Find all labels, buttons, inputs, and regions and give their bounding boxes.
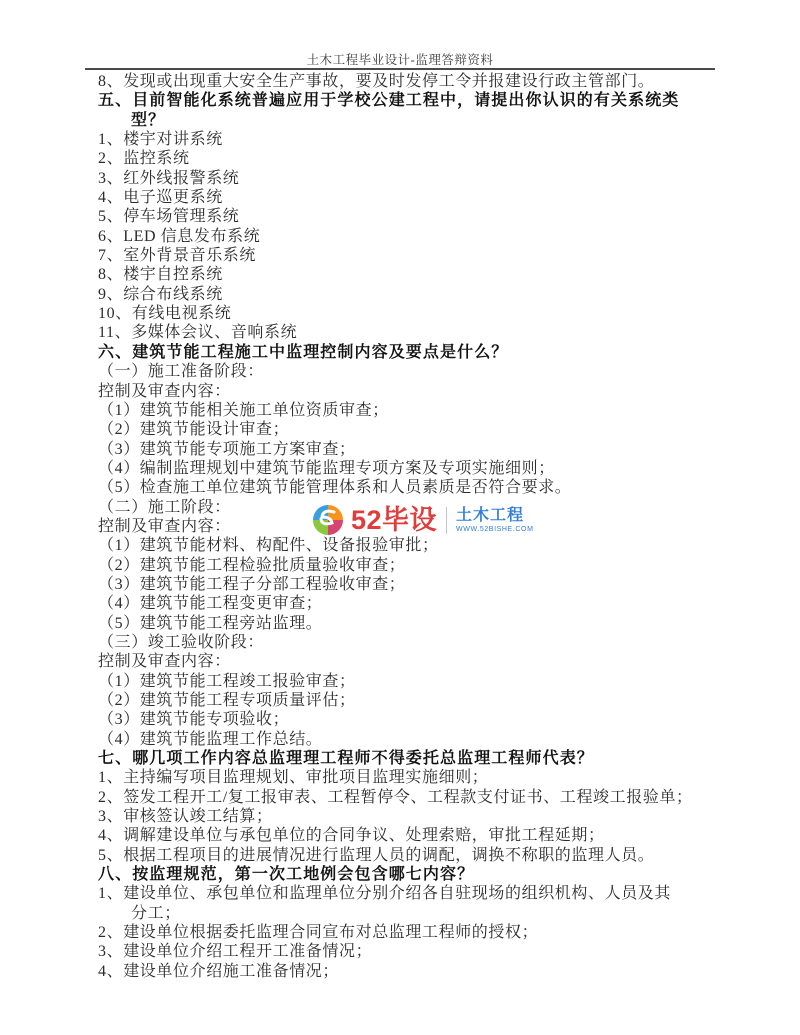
text-line: 3、审核签认竣工结算； [98, 807, 718, 826]
text-line: 型？ [98, 111, 718, 130]
text-line: 7、室外背景音乐系统 [98, 246, 718, 265]
text-line: 4、电子巡更系统 [98, 188, 718, 207]
text-line: （2）建筑节能设计审查； [98, 420, 718, 439]
text-line: （2）建筑节能工程专项质量评估； [98, 691, 718, 710]
text-line: 七、哪几项工作内容总监理理工程师不得委托总监理工程师代表？ [98, 749, 718, 768]
text-line: （1）建筑节能工程竣工报验审查； [98, 672, 718, 691]
text-line: 1、主持编写项目监理规划、审批项目监理实施细则； [98, 768, 718, 787]
watermark-divider [446, 507, 447, 534]
header-title: 土木工程毕业设计-监理答辩资料 [307, 53, 494, 67]
watermark-site-name: 土木工程 [456, 508, 533, 524]
text-line: 4、建设单位介绍施工准备情况； [98, 962, 718, 981]
text-line: 8、楼宇自控系统 [98, 265, 718, 284]
text-line: 4、调解建设单位与承包单位的合同争议、处理索赔，审批工程延期； [98, 826, 718, 845]
text-line: 分工； [98, 904, 718, 923]
text-line: 控制及审查内容： [98, 382, 718, 401]
text-line: （3）建筑节能专项施工方案审查； [98, 440, 718, 459]
text-line: 2、签发工程开工/复工报审表、工程暂停令、工程款支付证书、工程竣工报验单； [98, 788, 718, 807]
text-line: （2）建筑节能工程检验批质量验收审查； [98, 556, 718, 575]
text-line: 六、建筑节能工程施工中监理控制内容及要点是什么？ [98, 343, 718, 362]
text-line: 6、LED 信息发布系统 [98, 227, 718, 246]
text-line: （一）施工准备阶段： [98, 362, 718, 381]
document-page: 土木工程毕业设计-监理答辩资料 8、发现或出现重大安全生产事故，要及时发停工令并… [0, 0, 800, 1035]
page-header: 土木工程毕业设计-监理答辩资料 [0, 50, 800, 68]
text-line: 8、发现或出现重大安全生产事故，要及时发停工令并报建设行政主管部门。 [98, 72, 718, 91]
52bishe-watermark: 52毕设 土木工程 WWW.52BISHE.COM [310, 499, 534, 541]
text-line: 五、目前智能化系统普遍应用于学校公建工程中，请提出你认识的有关系统类 [98, 91, 718, 110]
text-line: （1）建筑节能相关施工单位资质审查； [98, 401, 718, 420]
text-line: 3、红外线报警系统 [98, 169, 718, 188]
text-line: 2、监控系统 [98, 149, 718, 168]
text-line: 1、楼宇对讲系统 [98, 130, 718, 149]
text-line: 八、按监理规范，第一次工地例会包含哪七内容？ [98, 865, 718, 884]
text-line: （4）建筑节能监理工作总结。 [98, 730, 718, 749]
text-line: 11、多媒体会议、音响系统 [98, 323, 718, 342]
watermark-site-block: 土木工程 WWW.52BISHE.COM [456, 508, 533, 533]
text-line: 控制及审查内容： [98, 652, 718, 671]
watermark-site-url: WWW.52BISHE.COM [456, 526, 533, 533]
text-line: 3、建设单位介绍工程开工准备情况； [98, 942, 718, 961]
text-line: 5、根据工程项目的进展情况进行监理人员的调配，调换不称职的监理人员。 [98, 846, 718, 865]
text-line: 5、停车场管理系统 [98, 207, 718, 226]
text-line: 1、建设单位、承包单位和监理单位分别介绍各自驻现场的组织机构、人员及其 [98, 884, 718, 903]
text-line: 2、建设单位根据委托监理合同宣布对总监理工程师的授权； [98, 923, 718, 942]
text-line: （三）竣工验收阶段： [98, 633, 718, 652]
text-line: 9、综合布线系统 [98, 285, 718, 304]
52bishe-logo-icon [310, 502, 346, 538]
text-line: （3）建筑节能专项验收； [98, 710, 718, 729]
text-line: （5）检查施工单位建筑节能管理体系和人员素质是否符合要求。 [98, 478, 718, 497]
text-line: 10、有线电视系统 [98, 304, 718, 323]
text-line: （3）建筑节能工程子分部工程验收审查； [98, 575, 718, 594]
watermark-brand-text: 52毕设 [351, 502, 437, 538]
text-line: （4）编制监理规划中建筑节能监理专项方案及专项实施细则； [98, 459, 718, 478]
text-line: （5）建筑节能工程旁站监理。 [98, 614, 718, 633]
text-line: （4）建筑节能工程变更审查； [98, 594, 718, 613]
header-divider-line [85, 68, 715, 70]
